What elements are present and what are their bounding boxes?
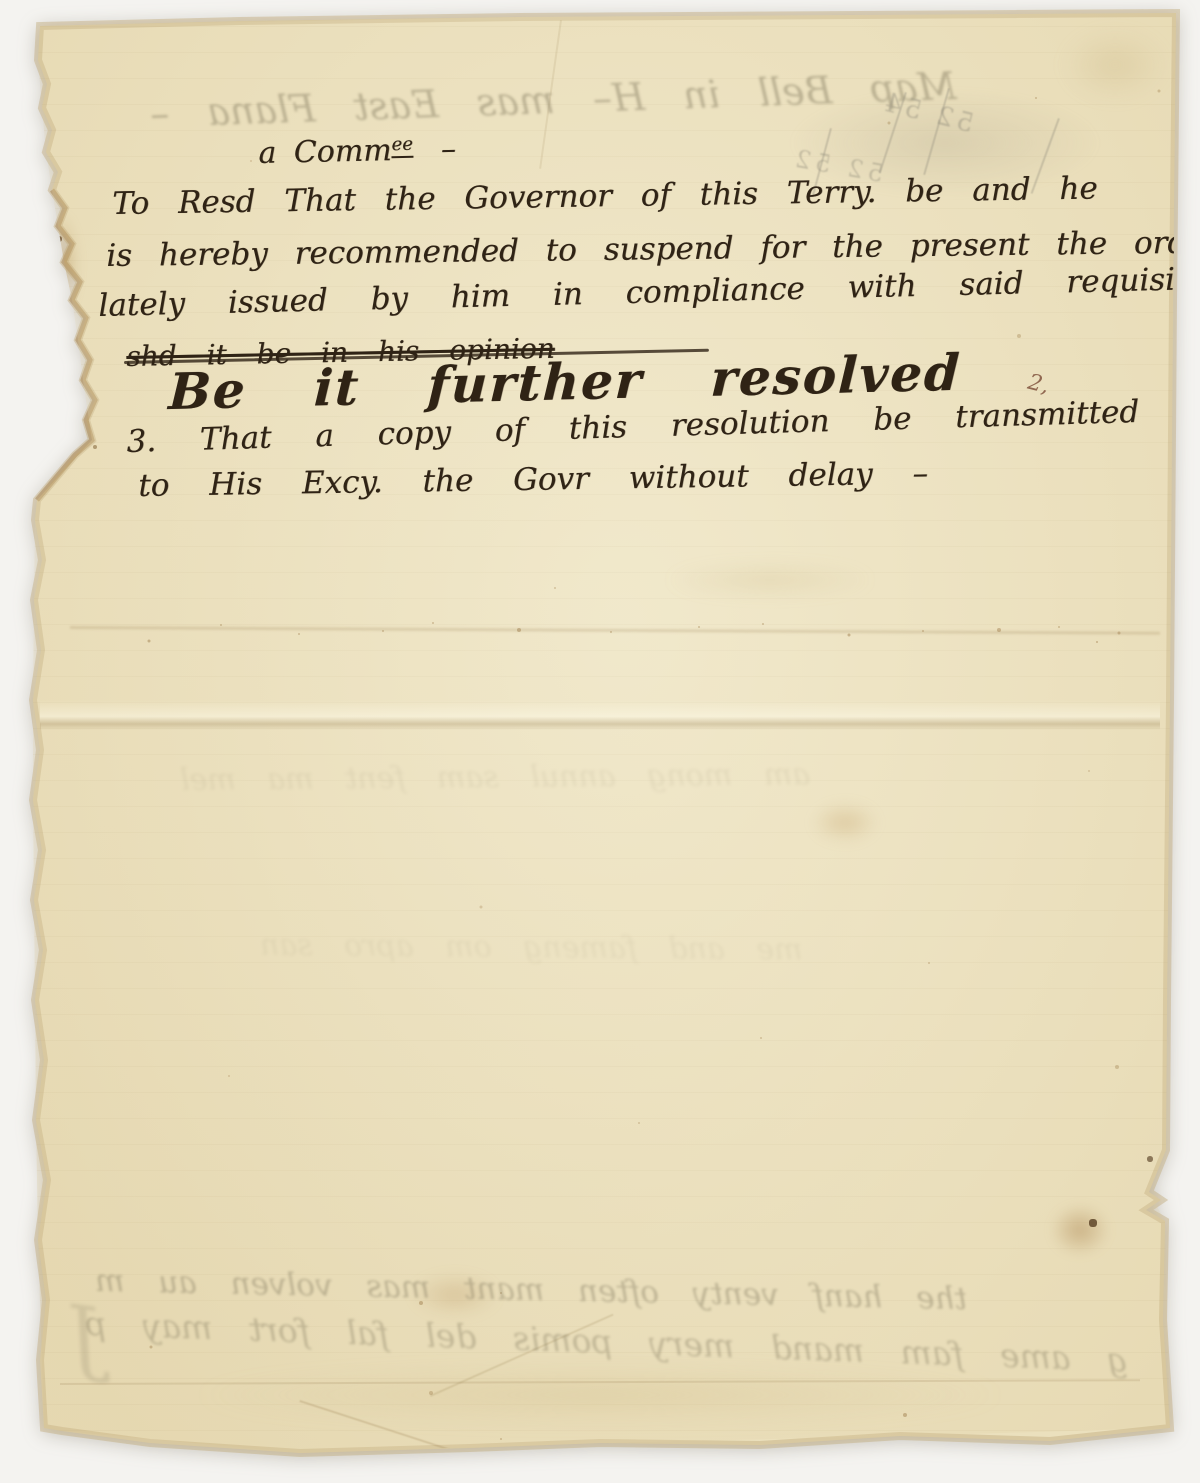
stain [1050,20,1180,110]
handwriting-heading: a Commee– [258,132,456,171]
heading-superscript: ee [391,134,413,158]
stain [800,795,890,850]
heading-dash: – [441,132,457,167]
showthrough-text: am mong annul sam fent ma mel [180,757,810,797]
showthrough-text: me and fameng om apro san [260,928,803,968]
manuscript-scan: Map Bell in H– mas East Flana – 52 54 52… [0,0,1200,1483]
paper-surface: Map Bell in H– mas East Flana – 52 54 52… [0,0,1200,1483]
fold-crease [40,700,1160,730]
stain [640,560,900,600]
paper-texture [0,0,1200,1483]
heading-word: a Comm [258,133,392,171]
stain [1040,1195,1120,1265]
